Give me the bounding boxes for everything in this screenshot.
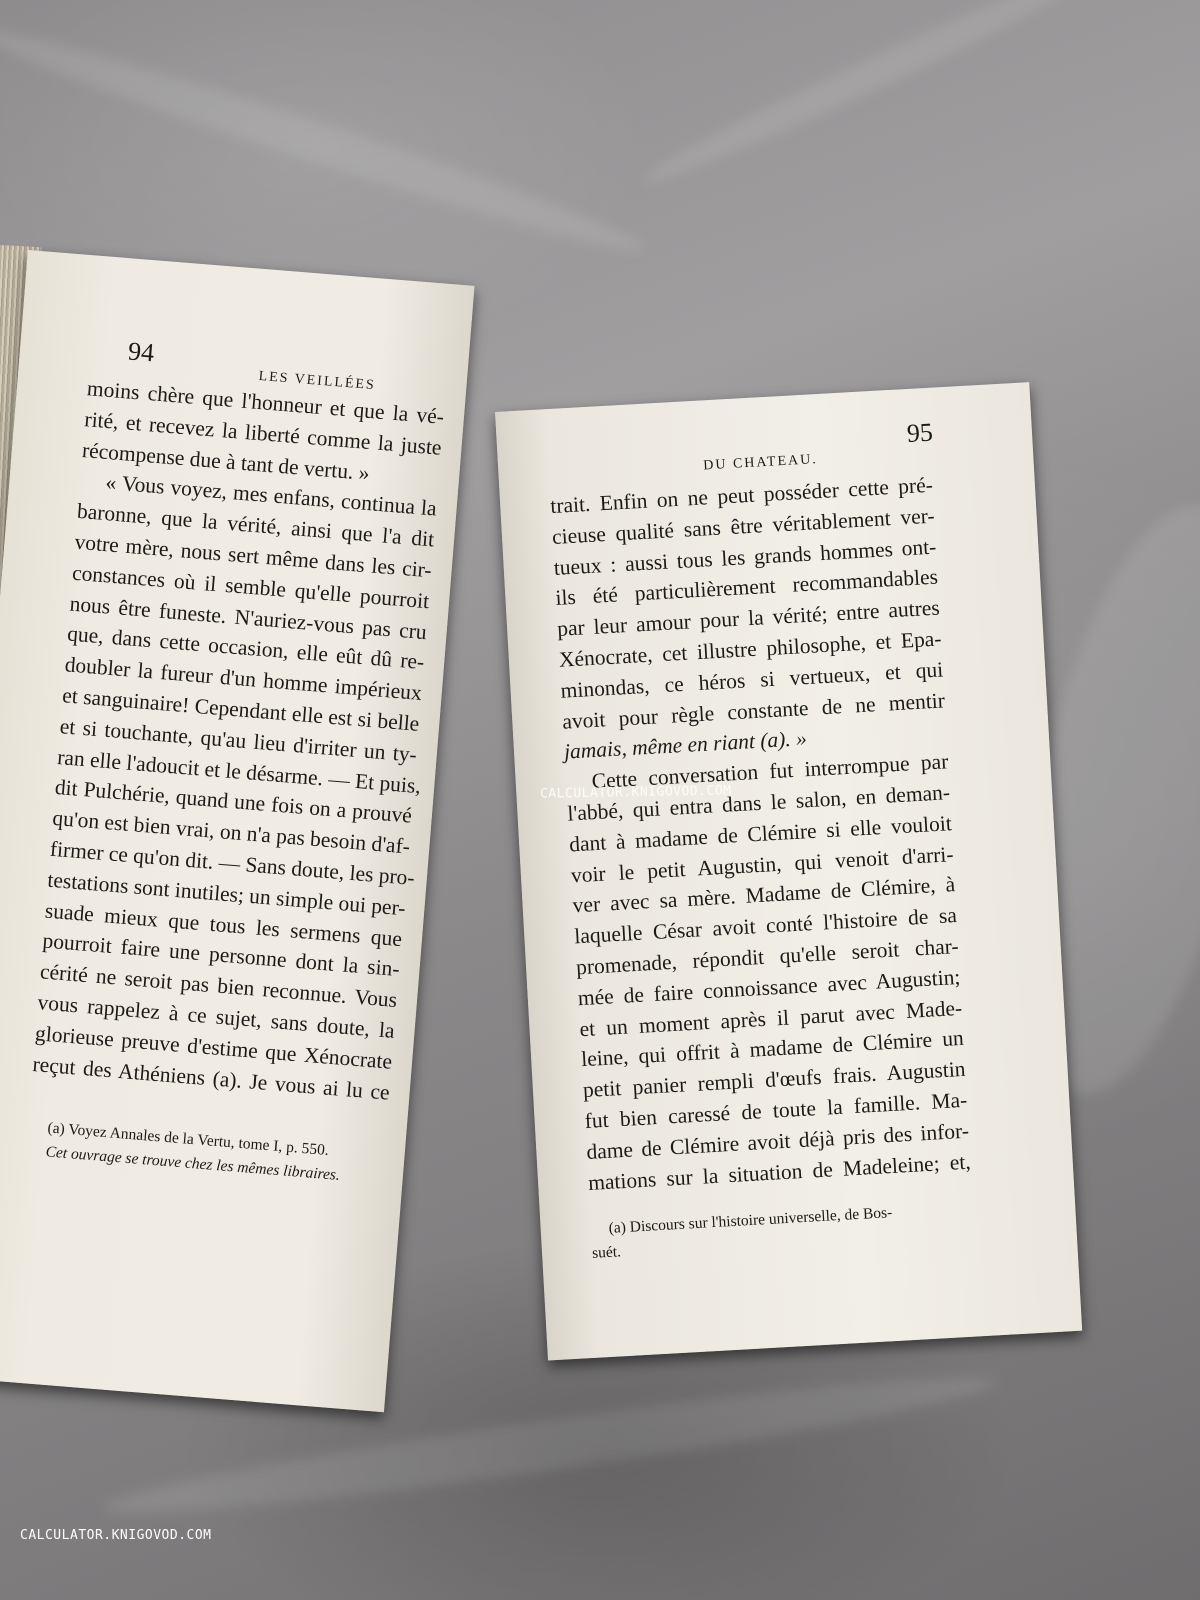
left-page: 94 LES VEILLÉES moins chère que l'honneu…	[0, 250, 475, 1412]
left-page-footnote: (a) Voyez Annales de la Vertu, tome I, p…	[45, 1116, 388, 1191]
watermark: CALCULATOR.KNIGOVOD.COM	[20, 1528, 212, 1543]
right-page-footnote: (a) Discours sur l'histoire universelle,…	[590, 1196, 982, 1266]
marble-vein	[637, 0, 1103, 194]
page-number-left: 94	[127, 336, 155, 368]
right-page: 95 DU CHATEAU. trait. Enfin on ne peut p…	[495, 382, 1082, 1360]
marble-vein	[0, 13, 649, 267]
page-number-right: 95	[906, 418, 934, 449]
left-page-body: moins chère que l'honneur et que la vé- …	[32, 373, 446, 1108]
running-head-right: DU CHATEAU.	[703, 452, 818, 474]
right-page-body: trait. Enfin on ne peut posséder cette p…	[549, 470, 971, 1199]
